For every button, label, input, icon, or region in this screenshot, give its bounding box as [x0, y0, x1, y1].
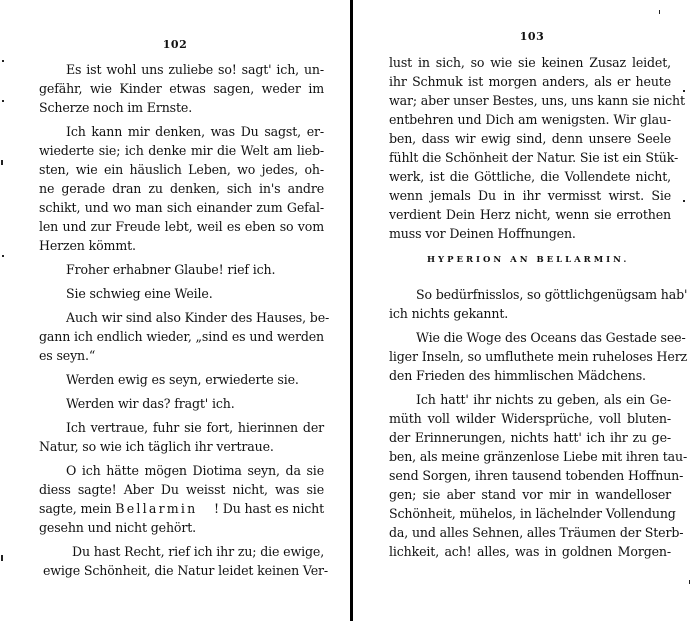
text-line: Scherze noch im Ernste. — [39, 100, 192, 116]
text-line: war; aber unser Bestes, uns, uns kann si… — [389, 93, 671, 109]
text-line: O ich hätte mögen Diotima seyn, da sie — [66, 463, 324, 479]
text-line: sagte, mein Bellarmin ! Du hast es nicht — [39, 501, 324, 517]
text-line: es seyn.“ — [39, 348, 95, 364]
text-line: ben, als meine gränzenlose Liebe mit ihr… — [389, 449, 671, 465]
text-line: len und zur Freude lebt, weil es eben so… — [39, 219, 324, 235]
text-line: entbehren und Dich am wenigsten. Wir gla… — [389, 112, 671, 128]
scan-speck — [683, 90, 685, 92]
text-line: gann ich endlich wieder, „sind es und we… — [39, 329, 324, 345]
text-line: müth voll wilder Widersprüche, voll blut… — [389, 411, 671, 427]
text-line: da, und alles Sehnen, alles Träumen der … — [389, 525, 671, 541]
text-line: ewige Schönheit, die Natur leidet keinen… — [43, 563, 324, 579]
book-spread: 102 Es ist wohl uns zuliebe so! sagt' ic… — [0, 0, 698, 621]
text-line: gefähr, wie Kinder etwas sagen, weder im — [39, 81, 324, 97]
text-line: der Erinnerungen, nichts hatt' ich ihr z… — [389, 430, 671, 446]
text-line: wenn jemals Du in ihr vermisst wirst. Si… — [389, 188, 671, 204]
scan-speck — [2, 100, 4, 102]
text-line: Wie die Woge des Oceans das Gestade see- — [416, 330, 671, 346]
text-line: lust in sich, so wie sie keinen Zusaz le… — [389, 55, 671, 71]
right-page: 103 lust in sich, so wie sie keinen Zusa… — [353, 0, 698, 621]
text-line: schikt, und wo man sich einander zum Gef… — [39, 200, 324, 216]
text-line: Schönheit, mühelos, in lächelnder Vollen… — [389, 506, 671, 522]
text-line: Froher erhabner Glaube! rief ich. — [66, 262, 275, 278]
text-line: ich nichts gekannt. — [389, 306, 508, 322]
name-bellarmin: Bellarmin — [115, 501, 197, 517]
text-line: Ich hatt' ihr nichts zu geben, als ein G… — [416, 392, 671, 408]
text-line: den Frieden des himmlischen Mädchens. — [389, 368, 646, 384]
text-span: sagte, mein — [39, 501, 115, 517]
text-line: Herzen kömmt. — [39, 238, 136, 254]
text-line: muss vor Deinen Hoffnungen. — [389, 226, 576, 242]
scan-speck — [683, 200, 685, 202]
text-line: Werden ewig es seyn, erwiederte sie. — [66, 372, 299, 388]
text-line: So bedürfnisslos, so göttlichgenügsam ha… — [416, 287, 671, 303]
text-line: sten, wie ein häuslich Leben, wo jedes, … — [39, 162, 324, 178]
text-line: Ich kann mir denken, was Du sagst, er- — [66, 124, 324, 140]
text-span: ! Du hast es nicht — [197, 501, 324, 517]
text-line: werk, ist die Göttliche, die Vollendete … — [389, 169, 671, 185]
section-heading: HYPERION AN BELLARMIN. — [427, 255, 629, 265]
text-line: fühlt die Schönheit der Natur. Sie ist e… — [389, 150, 671, 166]
left-page: 102 Es ist wohl uns zuliebe so! sagt' ic… — [0, 0, 350, 621]
text-line: Es ist wohl uns zuliebe so! sagt' ich, u… — [66, 62, 324, 78]
text-line: send Sorgen, ihren tausend tobenden Hoff… — [389, 468, 671, 484]
text-line: Natur, so wie ich täglich ihr vertraue. — [39, 439, 274, 455]
text-line: Auch wir sind also Kinder des Hauses, be… — [66, 310, 324, 326]
scan-speck — [1, 160, 3, 165]
scan-speck — [1, 555, 3, 561]
text-line: gen; sie aber stand vor mir in wandellos… — [389, 487, 671, 503]
text-line: verdient Dein Herz nicht, wenn sie errot… — [389, 207, 671, 223]
page-number-right: 103 — [515, 30, 549, 43]
text-line: liger Inseln, so umfluthete mein ruhelos… — [389, 349, 671, 365]
text-line: Du hast Recht, rief ich ihr zu; die ewig… — [72, 544, 324, 560]
text-line: Ich vertraue, fuhr sie fort, hierinnen d… — [66, 420, 324, 436]
text-line: Werden wir das? fragt' ich. — [66, 396, 235, 412]
scan-speck — [689, 580, 690, 584]
text-line: lichkeit, ach! alles, was in goldnen Mor… — [389, 544, 671, 560]
text-line: Sie schwieg eine Weile. — [66, 286, 213, 302]
text-line: ben, dass wir ewig sind, denn unsere See… — [389, 131, 671, 147]
text-line: wiederte sie; ich denke mir die Welt am … — [39, 143, 324, 159]
text-line: ihr Schmuk ist morgen anders, als er heu… — [389, 74, 671, 90]
scan-speck — [659, 10, 660, 14]
scan-speck — [2, 255, 4, 257]
scan-speck — [2, 60, 4, 62]
text-line: gesehn und nicht gehört. — [39, 520, 196, 536]
text-line: diess sagte! Aber Du weisst nicht, was s… — [39, 482, 324, 498]
text-line: ne gerade dran zu denken, sich in's andr… — [39, 181, 324, 197]
page-number-left: 102 — [160, 38, 190, 51]
